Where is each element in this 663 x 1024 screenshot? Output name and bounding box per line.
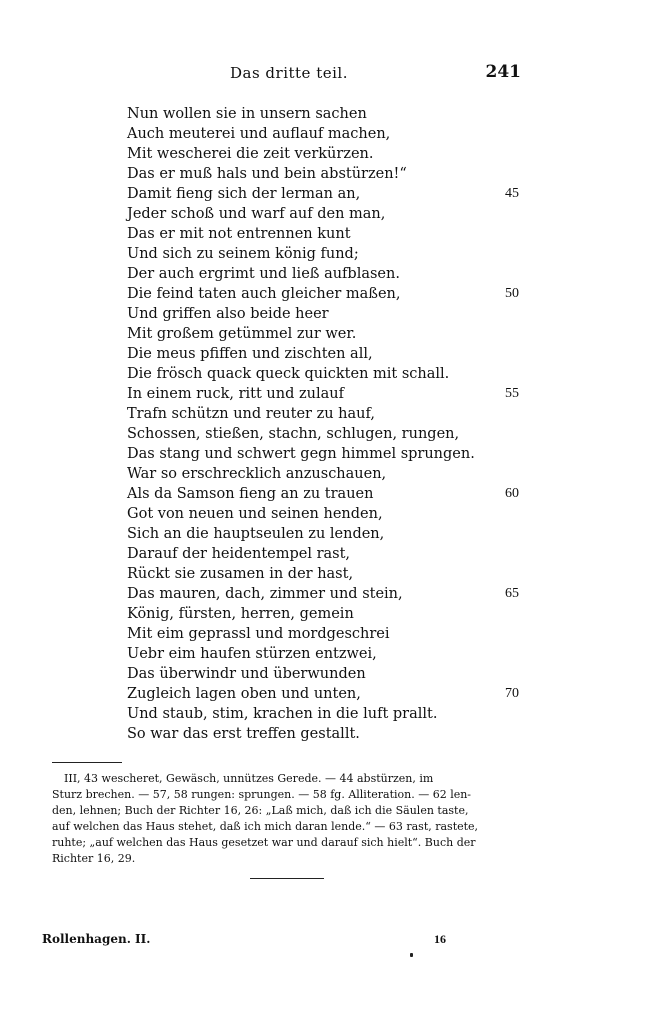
footnote-line: Richter 16, 29. bbox=[52, 851, 522, 867]
verse-line: Die feind taten auch gleicher maßen,50 bbox=[127, 284, 527, 304]
verse-text: Die frösch quack queck quickten mit scha… bbox=[127, 366, 449, 382]
line-number: 65 bbox=[505, 584, 519, 604]
verse-text: Und griffen also beide heer bbox=[127, 306, 329, 322]
verse-text: Auch meuterei und auflauf machen, bbox=[127, 126, 390, 142]
verse-line: Zugleich lagen oben und unten,70 bbox=[127, 684, 527, 704]
verse-text: Schossen, stießen, stachn, schlugen, run… bbox=[127, 426, 459, 442]
footnote-line: III, 43 wescheret, Gewäsch, unnützes Ger… bbox=[52, 771, 522, 787]
verse-text: In einem ruck, ritt und zulauf bbox=[127, 386, 344, 402]
end-rule bbox=[250, 878, 324, 879]
verse-line: Das mauren, dach, zimmer und stein,65 bbox=[127, 584, 527, 604]
verse-line: Das überwindr und überwunden bbox=[127, 664, 527, 684]
verse-line: Der auch ergrimt und ließ aufblasen. bbox=[127, 264, 527, 284]
verse-line: Damit fieng sich der lerman an,45 bbox=[127, 184, 527, 204]
page-header: Das dritte teil. 241 bbox=[0, 64, 663, 88]
verse-line: Darauf der heidentempel rast, bbox=[127, 544, 527, 564]
verse-text: Rückt sie zusamen in der hast, bbox=[127, 566, 353, 582]
line-number: 45 bbox=[505, 184, 519, 204]
verse-text: Das überwindr und überwunden bbox=[127, 666, 366, 682]
page-number: 241 bbox=[486, 62, 522, 82]
verse-text: Das er muß hals und bein abstürzen!“ bbox=[127, 166, 407, 182]
verse-line: Jeder schoß und warf auf den man, bbox=[127, 204, 527, 224]
verse-text: Mit großem getümmel zur wer. bbox=[127, 326, 356, 342]
verse-line: Das er muß hals und bein abstürzen!“ bbox=[127, 164, 527, 184]
verse-text: Als da Samson fieng an zu trauen bbox=[127, 486, 373, 502]
verse-line: Mit wescherei die zeit verkürzen. bbox=[127, 144, 527, 164]
verse-block: Nun wollen sie in unsern sachenAuch meut… bbox=[127, 104, 527, 744]
verse-text: Der auch ergrimt und ließ aufblasen. bbox=[127, 266, 400, 282]
verse-line: Auch meuterei und auflauf machen, bbox=[127, 124, 527, 144]
verse-line: Mit eim geprassl und mordgeschrei bbox=[127, 624, 527, 644]
verse-text: Uebr eim haufen stürzen entzwei, bbox=[127, 646, 377, 662]
footnote-line: Sturz brechen. — 57, 58 rungen: sprungen… bbox=[52, 787, 522, 803]
verse-line: Schossen, stießen, stachn, schlugen, run… bbox=[127, 424, 527, 444]
verse-line: In einem ruck, ritt und zulauf55 bbox=[127, 384, 527, 404]
verse-text: Die feind taten auch gleicher maßen, bbox=[127, 286, 400, 302]
line-number: 50 bbox=[505, 284, 519, 304]
verse-text: Das mauren, dach, zimmer und stein, bbox=[127, 586, 403, 602]
verse-text: König, fürsten, herren, gemein bbox=[127, 606, 354, 622]
footnote-line: auf welchen das Haus stehet, daß ich mic… bbox=[52, 819, 522, 835]
verse-line: Die frösch quack queck quickten mit scha… bbox=[127, 364, 527, 384]
verse-text: Das er mit not entrennen kunt bbox=[127, 226, 351, 242]
verse-line: Das stang und schwert gegn himmel sprung… bbox=[127, 444, 527, 464]
verse-text: Darauf der heidentempel rast, bbox=[127, 546, 350, 562]
verse-line: Und staub, stim, krachen in die luft pra… bbox=[127, 704, 527, 724]
footnote-line: ruhte; „auf welchen das Haus gesetzet wa… bbox=[52, 835, 522, 851]
signature-number: 16 bbox=[434, 932, 446, 947]
printer-signature: Rollenhagen. II. bbox=[42, 932, 150, 946]
verse-text: Mit eim geprassl und mordgeschrei bbox=[127, 626, 390, 642]
verse-line: Die meus pfiffen und zischten all, bbox=[127, 344, 527, 364]
verse-line: Mit großem getümmel zur wer. bbox=[127, 324, 527, 344]
verse-line: Als da Samson fieng an zu trauen60 bbox=[127, 484, 527, 504]
verse-line: König, fürsten, herren, gemein bbox=[127, 604, 527, 624]
verse-line: Und sich zu seinem könig fund; bbox=[127, 244, 527, 264]
verse-text: Sich an die hauptseulen zu lenden, bbox=[127, 526, 384, 542]
verse-text: Got von neuen und seinen henden, bbox=[127, 506, 383, 522]
footnote-line: den, lehnen; Buch der Richter 16, 26: „L… bbox=[52, 803, 522, 819]
line-number: 60 bbox=[505, 484, 519, 504]
verse-text: Nun wollen sie in unsern sachen bbox=[127, 106, 367, 122]
scan-speck bbox=[410, 953, 413, 957]
verse-line: Rückt sie zusamen in der hast, bbox=[127, 564, 527, 584]
footnote-separator bbox=[52, 762, 122, 763]
verse-line: Trafn schützn und reuter zu hauf, bbox=[127, 404, 527, 424]
verse-line: Uebr eim haufen stürzen entzwei, bbox=[127, 644, 527, 664]
verse-line: Sich an die hauptseulen zu lenden, bbox=[127, 524, 527, 544]
running-title: Das dritte teil. bbox=[230, 64, 348, 82]
verse-line: Got von neuen und seinen henden, bbox=[127, 504, 527, 524]
verse-text: Mit wescherei die zeit verkürzen. bbox=[127, 146, 374, 162]
footnotes: III, 43 wescheret, Gewäsch, unnützes Ger… bbox=[52, 771, 522, 867]
verse-text: Damit fieng sich der lerman an, bbox=[127, 186, 360, 202]
verse-line: War so erschrecklich anzuschauen, bbox=[127, 464, 527, 484]
verse-text: Trafn schützn und reuter zu hauf, bbox=[127, 406, 375, 422]
verse-line: Das er mit not entrennen kunt bbox=[127, 224, 527, 244]
verse-text: So war das erst treffen gestallt. bbox=[127, 726, 360, 742]
verse-text: Zugleich lagen oben und unten, bbox=[127, 686, 361, 702]
verse-line: So war das erst treffen gestallt. bbox=[127, 724, 527, 744]
verse-text: Das stang und schwert gegn himmel sprung… bbox=[127, 446, 475, 462]
verse-text: Und staub, stim, krachen in die luft pra… bbox=[127, 706, 437, 722]
verse-text: Jeder schoß und warf auf den man, bbox=[127, 206, 385, 222]
verse-text: Und sich zu seinem könig fund; bbox=[127, 246, 359, 262]
verse-line: Nun wollen sie in unsern sachen bbox=[127, 104, 527, 124]
verse-text: War so erschrecklich anzuschauen, bbox=[127, 466, 386, 482]
verse-line: Und griffen also beide heer bbox=[127, 304, 527, 324]
verse-text: Die meus pfiffen und zischten all, bbox=[127, 346, 373, 362]
line-number: 55 bbox=[505, 384, 519, 404]
line-number: 70 bbox=[505, 684, 519, 704]
